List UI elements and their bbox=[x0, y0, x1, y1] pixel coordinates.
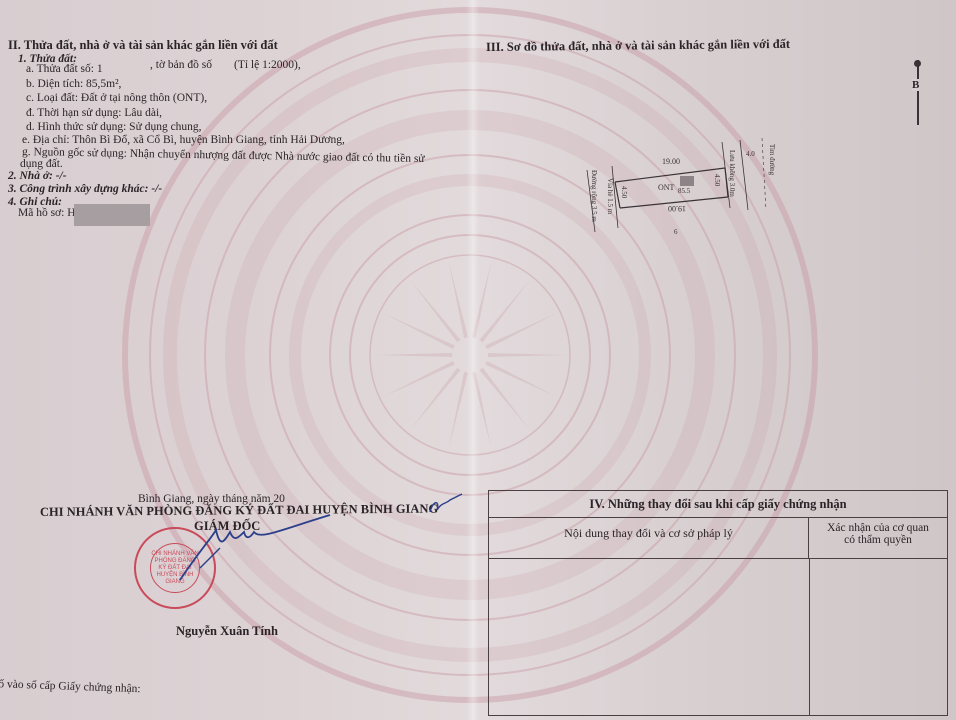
signature-mark bbox=[150, 490, 470, 610]
left-width: 4.50 bbox=[620, 186, 628, 199]
section-iii-title: III. Sơ đồ thửa đất, nhà ở và tài sản kh… bbox=[486, 37, 790, 55]
parcel-sketch: 19.00 19.00 ONT 85.5 4.50 4.50 Đường rộn… bbox=[570, 130, 790, 250]
usage-duration: đ. Thời hạn sử dụng: Lâu dài, bbox=[26, 107, 162, 119]
land-type: c. Loại đất: Đất ở tại nông thôn (ONT), bbox=[26, 92, 207, 104]
changes-table: IV. Những thay đổi sau khi cấp giấy chứn… bbox=[488, 490, 948, 716]
right-width: 4.50 bbox=[713, 174, 721, 187]
parcel-address: e. Địa chỉ: Thôn Bì Đổ, xã Cổ Bì, huyện … bbox=[22, 134, 345, 146]
neighbor-label: 6 bbox=[674, 228, 678, 236]
sidewalk-label: Vỉa hè 1.5 m bbox=[606, 178, 614, 215]
top-length: 19.00 bbox=[662, 157, 680, 166]
authority-confirmation-header: Xác nhận của cơ quan có thẩm quyền bbox=[809, 518, 947, 558]
road-width-label: Đường rộng 3.5 m bbox=[590, 170, 598, 222]
authority-header-line1: Xác nhận của cơ quan bbox=[809, 522, 947, 534]
parcel-area: b. Diện tích: 85,5m², bbox=[26, 78, 121, 90]
section-ii-title: II. Thửa đất, nhà ở và tài sản khác gắn … bbox=[8, 38, 278, 53]
bottom-length: 19.00 bbox=[668, 204, 686, 213]
north-arrow-tip bbox=[914, 60, 921, 67]
house-info: 2. Nhà ở: -/- bbox=[8, 170, 67, 182]
authority-confirmation-cell bbox=[810, 559, 947, 715]
authority-header-line2: có thẩm quyền bbox=[809, 534, 947, 546]
map-sheet: , tờ bản đồ số bbox=[150, 59, 212, 71]
north-arrow bbox=[917, 60, 919, 125]
usage-origin-cont: dụng đất. bbox=[20, 158, 63, 170]
setback-label: Lưu không 3.0m bbox=[728, 150, 736, 197]
parcel-number: a. Thửa đất số: 1 bbox=[26, 63, 103, 75]
map-scale: (Tỉ lệ 1:2000), bbox=[234, 59, 301, 71]
usage-form: d. Hình thức sử dụng: Sử dụng chung, bbox=[26, 121, 202, 133]
redacted-file-code bbox=[74, 204, 150, 226]
offset-label: 4.0 bbox=[746, 150, 755, 158]
area-label: 85.5 bbox=[678, 187, 691, 195]
land-code: ONT bbox=[658, 183, 675, 192]
changes-content-cell bbox=[489, 559, 810, 715]
other-construction: 3. Công trình xây dựng khác: -/- bbox=[8, 183, 162, 195]
changes-table-title: IV. Những thay đổi sau khi cấp giấy chứn… bbox=[489, 491, 947, 518]
page-fold bbox=[466, 0, 480, 720]
file-code: Mã hồ sơ: H bbox=[18, 207, 76, 219]
road-center-label: Tim đường bbox=[768, 144, 776, 176]
changes-content-header: Nội dung thay đổi và cơ sở pháp lý bbox=[489, 518, 809, 558]
north-label: B bbox=[912, 79, 919, 91]
signer-name: Nguyễn Xuân Tính bbox=[176, 624, 278, 639]
